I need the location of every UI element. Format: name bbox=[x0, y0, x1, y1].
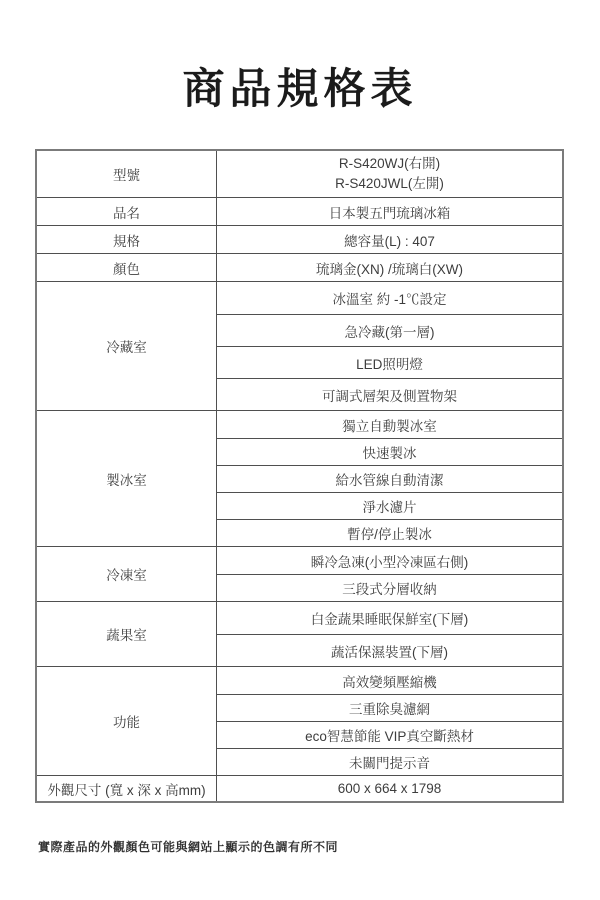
page-title: 商品規格表 bbox=[0, 66, 600, 112]
spec-label: 冷凍室 bbox=[37, 547, 217, 601]
spec-row-model: 型號 R-S420WJ(右開) R-S420JWL(左開) bbox=[37, 151, 562, 197]
spec-label: 製冰室 bbox=[37, 411, 217, 546]
spec-value: 日本製五門琉璃冰箱 bbox=[217, 198, 562, 225]
spec-row-vegetable-room: 蔬果室 白金蔬果睡眠保鮮室(下層) 蔬活保濕裝置(下層) bbox=[37, 601, 562, 666]
spec-value: 高效變頻壓縮機 bbox=[217, 667, 562, 694]
spec-value: 暫停/停止製冰 bbox=[217, 519, 562, 546]
spec-row-fridge-compartment: 冷藏室 冰溫室 約 -1℃設定 急冷藏(第一層) LED照明燈 可調式層架及側置… bbox=[37, 281, 562, 410]
spec-row-freezer: 冷凍室 瞬冷急凍(小型冷凍區右側) 三段式分層收納 bbox=[37, 546, 562, 601]
spec-label: 規格 bbox=[37, 226, 217, 253]
spec-values: 琉璃金(XN) /琉璃白(XW) bbox=[217, 254, 562, 281]
spec-value: 冰溫室 約 -1℃設定 bbox=[217, 282, 562, 314]
spec-value: 總容量(L) : 407 bbox=[217, 226, 562, 253]
spec-value: 淨水濾片 bbox=[217, 492, 562, 519]
spec-row-product-name: 品名 日本製五門琉璃冰箱 bbox=[37, 197, 562, 225]
spec-values: 瞬冷急凍(小型冷凍區右側) 三段式分層收納 bbox=[217, 547, 562, 601]
spec-values: 高效變頻壓縮機 三重除臭濾網 eco智慧節能 VIP真空斷熱材 未關門提示音 bbox=[217, 667, 562, 775]
spec-table: 型號 R-S420WJ(右開) R-S420JWL(左開) 品名 日本製五門琉璃… bbox=[35, 149, 564, 803]
spec-label: 顏色 bbox=[37, 254, 217, 281]
spec-value: 急冷藏(第一層) bbox=[217, 314, 562, 346]
spec-value: 可調式層架及側置物架 bbox=[217, 378, 562, 410]
spec-row-ice-room: 製冰室 獨立自動製冰室 快速製冰 給水管線自動清潔 淨水濾片 暫停/停止製冰 bbox=[37, 410, 562, 546]
spec-value: 獨立自動製冰室 bbox=[217, 411, 562, 438]
spec-label: 品名 bbox=[37, 198, 217, 225]
spec-label: 型號 bbox=[37, 151, 217, 197]
spec-value: 瞬冷急凍(小型冷凍區右側) bbox=[217, 547, 562, 574]
spec-row-color: 顏色 琉璃金(XN) /琉璃白(XW) bbox=[37, 253, 562, 281]
spec-value: 蔬活保濕裝置(下層) bbox=[217, 634, 562, 666]
spec-label: 功能 bbox=[37, 667, 217, 775]
spec-values: 日本製五門琉璃冰箱 bbox=[217, 198, 562, 225]
spec-values: 冰溫室 約 -1℃設定 急冷藏(第一層) LED照明燈 可調式層架及側置物架 bbox=[217, 282, 562, 410]
spec-value: 三重除臭濾網 bbox=[217, 694, 562, 721]
spec-label: 外觀尺寸 (寬 x 深 x 高mm) bbox=[37, 776, 217, 801]
spec-label: 冷藏室 bbox=[37, 282, 217, 410]
spec-values: 總容量(L) : 407 bbox=[217, 226, 562, 253]
spec-value: LED照明燈 bbox=[217, 346, 562, 378]
spec-value: 三段式分層收納 bbox=[217, 574, 562, 601]
spec-values: 獨立自動製冰室 快速製冰 給水管線自動清潔 淨水濾片 暫停/停止製冰 bbox=[217, 411, 562, 546]
spec-values: 白金蔬果睡眠保鮮室(下層) 蔬活保濕裝置(下層) bbox=[217, 602, 562, 666]
spec-row-specification: 規格 總容量(L) : 407 bbox=[37, 225, 562, 253]
spec-value: 未關門提示音 bbox=[217, 748, 562, 775]
color-disclaimer-note: 實際產品的外觀顏色可能與網站上顯示的色調有所不同 bbox=[38, 838, 338, 855]
spec-value: eco智慧節能 VIP真空斷熱材 bbox=[217, 721, 562, 748]
spec-value: 給水管線自動清潔 bbox=[217, 465, 562, 492]
spec-row-dimensions: 外觀尺寸 (寬 x 深 x 高mm) 600 x 664 x 1798 bbox=[37, 775, 562, 801]
spec-row-functions: 功能 高效變頻壓縮機 三重除臭濾網 eco智慧節能 VIP真空斷熱材 未關門提示… bbox=[37, 666, 562, 775]
spec-values: R-S420WJ(右開) R-S420JWL(左開) bbox=[217, 151, 562, 197]
spec-values: 600 x 664 x 1798 bbox=[217, 776, 562, 801]
spec-value: R-S420WJ(右開) R-S420JWL(左開) bbox=[217, 151, 562, 197]
spec-label: 蔬果室 bbox=[37, 602, 217, 666]
spec-value: 琉璃金(XN) /琉璃白(XW) bbox=[217, 254, 562, 281]
spec-sheet-page: 商品規格表 型號 R-S420WJ(右開) R-S420JWL(左開) 品名 日… bbox=[0, 0, 600, 900]
spec-value: 白金蔬果睡眠保鮮室(下層) bbox=[217, 602, 562, 634]
spec-value: 600 x 664 x 1798 bbox=[217, 776, 562, 801]
spec-value: 快速製冰 bbox=[217, 438, 562, 465]
